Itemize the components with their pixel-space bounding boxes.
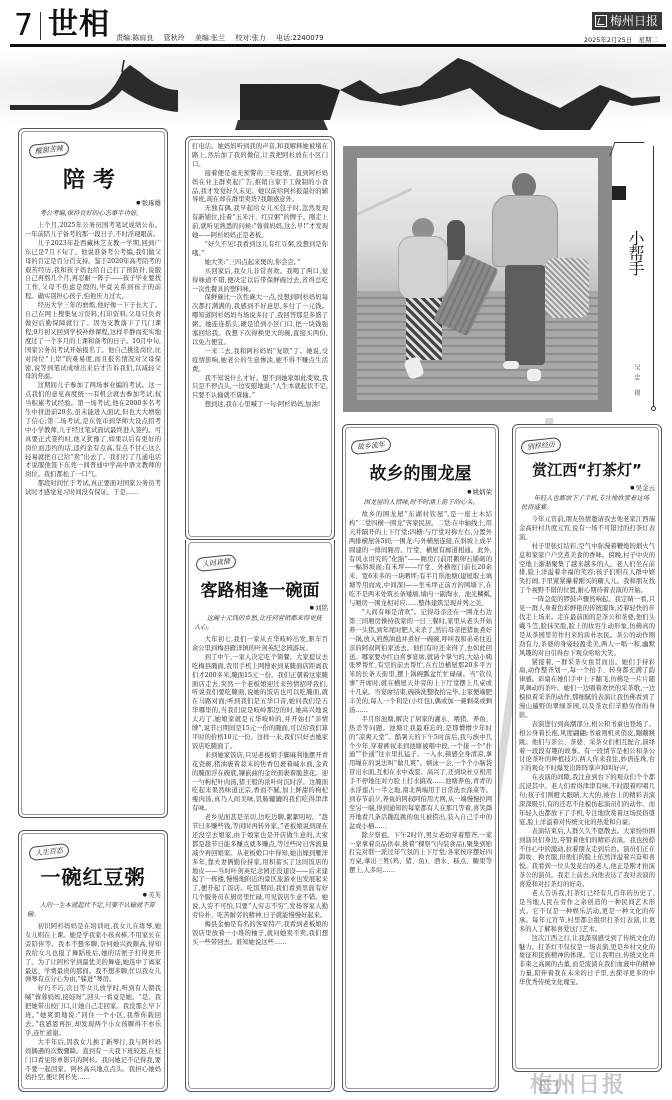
header-divider [40, 12, 41, 40]
article-body: 大年初七,我们一家从五华岐岭出发,驱车百余公里到梅县雁洋镇的叶剑英纪念园游玩。 … [186, 636, 334, 948]
staff-designer: 美编:张兰 [195, 34, 225, 42]
paragraph: 除夕祭祖。下午2时许,男女老幼穿着整齐,一家一家拿着贡品供奉,挑着“稞祭”(内装… [349, 832, 492, 877]
woven-bag [545, 258, 589, 318]
article-title: 赏江西“打茶灯” [513, 459, 661, 480]
article-author: 吴金云 [513, 483, 661, 492]
decorative-square [612, 186, 626, 200]
header-rule [10, 44, 666, 47]
issue-date: 2025年2月25日 星期二 [584, 35, 658, 44]
article-title: 一碗红豆粥 [19, 861, 167, 890]
paragraph: 保鲜碗比一次性碗大一点,没想到阿杉妈妈每次都打满满的,我感到不好意思,多付了一元… [192, 294, 328, 347]
photo-title: 小帮手 [626, 230, 644, 275]
article-hongdouzhou: 人生百态 一碗红豆粥 芙芙 人的一生本就起伏不定,只要不认输就不算输。 初识阿杉… [18, 830, 168, 1092]
weekday-text: 星期二 [639, 36, 659, 44]
paragraph: 打电话。她妈妈听到我的声音,和我解释她被堵在路上,然后加了我的微信,让我把阿杉放… [192, 143, 328, 170]
article-lead: 考公考编,保持良好的心态事半功倍。 [19, 207, 167, 222]
paragraph: 表演结束后,人群久久不愿散去。大家纷纷围到演员们身边,夸赞着他们的精彩表演。我也… [519, 828, 655, 890]
photo-frame [343, 146, 612, 412]
article-lead: 这碗十元钱的乡愁,比任何营销都来得更抚人心。 [186, 612, 334, 636]
column-tag: 酸甜苦辣 [28, 141, 69, 159]
paragraph: 这期间儿子参加了两场事业编的考试。这一点我们的意见高度统一:有机会就去参加考试,… [25, 382, 161, 480]
book-icon [595, 15, 607, 27]
paragraph: 一来二去,我和阿杉妈妈“复联”了。她说,受疫情影响,她老公的生意惨淡,她不得不赚… [192, 348, 328, 375]
staff-proofreader: 校对:张力 [235, 34, 265, 42]
paragraph: 好巧不巧,次日等女儿放学时,听到有人朝我喊“蓉蓉妈妈,接娃呀”,回头一看竟是她。… [25, 985, 161, 1038]
paragraph: 想到这,我在心里喊了一句:阿杉妈妈,加油! [192, 401, 328, 410]
paragraph: “好久不见!我看到这儿有红豆粥,没想到是你哦。” [192, 241, 328, 259]
paragraph: 一阵急促的锣鼓声骤然响起。我定睛一看,只见一群人身着色彩鲜艳的传统服饰,迈着轻快… [519, 596, 655, 658]
article-peikao: 酸甜苦辣 陪考 张琢雄 考公考编,保持良好的心态事半功倍。 上个月,2025年公… [18, 128, 168, 818]
staff-phone: 电话:2240079 [276, 34, 324, 42]
article-body: 今年元宵前,朋友热情邀请我去他老家江西瑞金高轩村共度元宵,说有一场不可错过的打茶… [513, 516, 661, 988]
article-author: 芙芙 [19, 890, 167, 899]
paragraph: 在表演的间隙,我注意到台下的观众们个个都沉浸其中。老人们看得津津有味,不时跟着哼… [519, 774, 655, 827]
article-title: 客路相逢一碗面 [186, 576, 334, 601]
article-dachadeng: 别样经历 赏江西“打茶灯” 吴金云 年轻人也都放下了手机,专注地欣赏着这场民俗盛… [512, 424, 662, 1072]
photo-little-helper [357, 158, 598, 400]
decorative-dot [651, 406, 656, 411]
paragraph: 无独有偶,我早起给女儿买包子时,忽然发现有新铺位,挂着“玉米汁、红豆粥”的牌子。… [192, 205, 328, 241]
watermark: 梅州日报 [530, 1068, 626, 1099]
paragraph: 初识阿杉妈妈是在培训班,我女儿在练琴,她女儿则在上课。她是学我家小孩真棒,不用家… [25, 923, 161, 985]
paragraph: 儿子2023年赴西藏林芝支教一学期,回到广东已是7月下旬了。他说准备考公考编,我… [25, 240, 161, 302]
paragraph: 来到她家饭店,只见老板娘手脚麻利地摆开青花瓷碗,猪油裹着蒜末的焦香包裹着碱水面,… [192, 752, 328, 814]
article-body: 打电话。她妈妈听到我的声音,和我解释她被堵在路上,然后加了我的微信,让我把阿杉放… [186, 137, 334, 410]
paragraph: 接着便是毫无预警的三年疫情。直到阿杉妈妈在业主群卖起广告,推销自家手工做制的小食… [192, 170, 328, 206]
article-title: 故乡的围龙屋 [343, 459, 498, 484]
paragraph: 老乡见面甚是亲切,边吃边聊,絮絮叨叨。“趁节日多赚些钱,等闲时再转外家。”老板娘… [192, 814, 328, 921]
staff-editor: 责编:陈肩良 [116, 34, 153, 42]
decorative-line [653, 146, 654, 408]
paragraph: 今年元宵前,朋友热情邀请我去他老家江西瑞金高轩村共度元宵,说有一场不可错过的打茶… [519, 516, 655, 543]
paragraph: 村子里张灯结彩,空气中弥漫着鞭炮的烟火气息和家家户户烹煮美食的香味。傍晚,村子中… [519, 543, 655, 596]
stair-railing [357, 188, 412, 216]
column-tag: 人生百态 [28, 843, 69, 861]
paragraph: “人间有味是清欢”。记得母亲还在一围龙右边第三间厢房操持我家的一日三餐时,家里从… [349, 609, 492, 716]
article-lead: 人的一生本就起伏不定,只要不认输就不算输。 [19, 899, 167, 923]
paragraph: 经历大学三年的磨炼,他好像一下子长大了。自己在网上搜集复习资料,打印资料,父母只… [25, 302, 161, 382]
column-tag: 故乡流年 [350, 437, 391, 455]
paragraph: 故乡的围龙屋“东湖村钦屋”,是一座土木结构“二堂四横一围龙”客家民居。二堂:在中… [349, 511, 492, 609]
photo-caption: 小帮手 吴忠 摄 [612, 146, 664, 416]
photo-credit: 吴忠 摄 [632, 364, 641, 400]
newspaper-logo: 梅州日报 [592, 12, 662, 30]
article-weilongwu: 故乡流年 故乡的围龙屋 姚炳荣 围龙屋的人情味,时不时涌上游子的心头。 故乡的围… [342, 424, 499, 1092]
paragraph: 大半年后,因我女儿换了新琴行,我与阿杉妈妈偶遇的次数骤降。直到有一天我下班较迟,… [25, 1039, 161, 1084]
decorative-hook [609, 142, 644, 156]
date-text: 2025年2月25日 [584, 36, 632, 44]
article-author: 姚炳荣 [343, 487, 498, 496]
article-author: 张琢雄 [19, 198, 167, 207]
article-lead: 年轻人也都放下了手机,专注地欣赏着这场民俗盛宴。 [513, 492, 661, 516]
paragraph: 我不知说什么才好。想不到她家如此变故,我只是不停点头,一边安慰地说:“人生本就起… [192, 375, 328, 402]
article-lead: 围龙屋的人情味,时不时涌上游子的心头。 [343, 496, 498, 511]
paragraph: 买回家后,我女儿非常喜欢。我喝了两口,觉得味道不错,便决定以后带保鲜碗过去,省得… [192, 268, 328, 295]
article-body: 初识阿杉妈妈是在培训班,我女儿在练琴,她女儿则在上课。她是学我家小孩真棒,不用家… [19, 923, 167, 1083]
article-yiwanmian: 人间真情 客路相逢一碗面 刘铭 这碗十元钱的乡愁,比任何营销都来得更抚人心。 大… [185, 540, 335, 1092]
column-tag: 别样经历 [520, 437, 561, 455]
newspaper-name: 梅州日报 [610, 12, 658, 30]
paragraph: 表演进行到高潮部分,相公和书童也登场了。相公身着长袍,风度翩翩;书童则机灵俏皮,… [519, 721, 655, 774]
paragraph: 梅县金柚是有名的客家特产,我看到老板娘的饭店里放着一小堆的柚子,就问她卖不卖,我… [192, 921, 328, 948]
paragraph: 紧接着,一群采茶女鱼贯而出。她们手持彩扇,动作整齐划一,每一个抬手、转身都充满了… [519, 659, 655, 721]
section-title: 世相 [48, 8, 110, 42]
paragraph: 她大笑:“三四点起来煲的,你尝尝。” [192, 259, 328, 268]
page-number: 7 [14, 10, 33, 42]
paragraph: 大年初七,我们一家从五华岐岭出发,驱车百余公里到梅县雁洋镇的叶剑英纪念园游玩。 [192, 636, 328, 654]
article-author: 刘铭 [186, 603, 334, 612]
paragraph: 半月形池塘,解决了居家的灌水、喂猪、养鱼、热杀等问题。池塘让我最难忘的,是那懵懵… [349, 716, 492, 832]
paragraph: 老人告诉我,打茶灯已经有几百年的历史了,是当地人民在劳作之余创造的一种民间艺术形… [519, 890, 655, 935]
article-body: 上个月,2025年公务员国考笔试成绩公布。一年前陪儿子备考的那一段日子,不时浮现… [19, 222, 167, 498]
article-hongdouzhou-continued: 打电话。她妈妈听到我的声音,和我解释她被堵在路上,然后加了我的微信,让我把阿杉放… [185, 136, 335, 540]
column-tag: 人间真情 [195, 554, 236, 572]
paragraph: 这次江西之行,让我深刻感受到了传统文化的魅力。打茶灯不仅仅是一场表演,更是乡村文… [519, 935, 655, 988]
staff-editor-2: 管秋玲 [164, 34, 185, 42]
paragraph: 那段时间忙于考试,真正要面对国家公务员考试时才感觉复习时间没有保证。于是…… [25, 480, 161, 498]
page-header: 7 世相 责编:陈肩良 管秋玲 美编:张兰 校对:张力 电话:2240079 梅… [10, 8, 666, 44]
paragraph: 上个月,2025年公务员国考笔试成绩公布。一年前陪儿子备考的那一段日子,不时浮现… [25, 222, 161, 240]
article-body: 故乡的围龙屋“东湖村钦屋”,是一座土木结构“二堂四横一围龙”客家民居。二堂:在中… [343, 511, 498, 876]
article-title: 陪考 [19, 163, 167, 194]
paragraph: 到了中午,一家人决定吃个简餐。大家提议去吃梅县腌面,我用手机上网搜索到某腌面店距… [192, 654, 328, 752]
staff-credits: 责编:陈肩良 管秋玲 美编:张兰 校对:张力 电话:2240079 [116, 33, 332, 43]
